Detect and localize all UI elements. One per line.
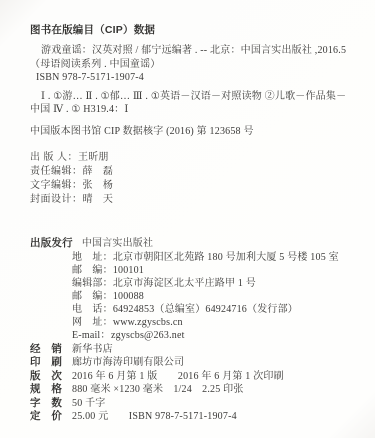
price-row: 定 价25.00 元 ISBN 978-7-5171-1907-4 [30, 410, 359, 424]
staff-label: 封面设计： [30, 194, 83, 205]
colophon-label: 定 价 [30, 410, 72, 424]
phone-row: 电 话：64924853（总编室）64924716（发行部） [72, 303, 359, 316]
detail-value: 北京市朝阳区北苑路 180 号加利大厦 5 号楼 105 室 [113, 252, 339, 263]
detail-value: 北京市海淀区北太平庄路甲 1 号 [113, 278, 256, 289]
publisher-details: 地 址：北京市朝阳区北苑路 180 号加利大厦 5 号楼 105 室 邮 编：1… [30, 251, 359, 342]
cip-description-block: 游戏童谣：汉英对照 / 郁宁远编著 . -- 北京：中国言实出版社 ,2016.… [30, 44, 359, 85]
colophon-label: 规 格 [30, 383, 72, 397]
colophon-value: 880 毫米 ×1230 毫米 1/24 2.25 印张 [72, 384, 244, 395]
detail-label: 地 址： [72, 251, 113, 264]
colophon-value: 廊坊市海涛印刷有限公司 [72, 357, 184, 368]
detail-value: 100088 [113, 291, 144, 302]
detail-value: zgyscbs@263.net [111, 330, 185, 341]
staff-label: 责任编辑： [30, 166, 83, 177]
staff-row-cover-design: 封面设计：晴 天 [30, 193, 359, 207]
staff-value: 张 杨 [83, 180, 114, 191]
staff-row-responsible-editor: 责任编辑：薛 磊 [30, 165, 359, 179]
colophon-block: 经 销新华书店 印 刷廊坊市海涛印刷有限公司 版 次2016 年 6 月第 1 … [30, 343, 359, 424]
publisher-head-row: 出版发行中国言实出版社 [30, 236, 359, 251]
editorial-dept-row: 编辑部：北京市海淀区北太平庄路甲 1 号 [72, 277, 359, 290]
distributor-row: 经 销新华书店 [30, 343, 359, 357]
wordcount-row: 字 数50 千字 [30, 397, 359, 411]
staff-row-text-editor: 文字编辑：张 杨 [30, 179, 359, 193]
detail-value: 100101 [113, 265, 144, 276]
publisher-label: 出版发行 [30, 237, 73, 249]
staff-value: 薛 磊 [83, 166, 114, 177]
colophon-value: 25.00 元 ISBN 978-7-5171-1907-4 [72, 411, 237, 422]
colophon-value: 2016 年 6 月第 1 版 2016 年 6 月第 1 次印刷 [72, 371, 284, 382]
cip-record-number: 中国版本图书馆 CIP 数据核字 (2016) 第 123658 号 [30, 125, 359, 138]
colophon-label: 字 数 [30, 397, 72, 411]
cip-title-line: 游戏童谣：汉英对照 / 郁宁远编著 . -- 北京：中国言实出版社 ,2016.… [30, 44, 359, 58]
cip-header: 图书在版编目（CIP）数据 [30, 24, 359, 37]
staff-label: 文字编辑： [30, 180, 83, 191]
cip-series-line: （母语阅读系列 . 中国童谣） [30, 58, 359, 72]
detail-label: E-mail： [72, 329, 111, 342]
publisher-address-row: 地 址：北京市朝阳区北苑路 180 号加利大厦 5 号楼 105 室 [72, 251, 359, 264]
cip-class-line1: Ⅰ . ①游… Ⅱ . ①郁… Ⅲ . ①英语－汉语－对照读物 ②儿歌－作品集－ [30, 90, 359, 104]
staff-label: 出 版 人： [30, 152, 78, 163]
website-row: 网 址：www.zgyscbs.cn [72, 316, 359, 329]
format-row: 规 格880 毫米 ×1230 毫米 1/24 2.25 印张 [30, 383, 359, 397]
detail-value: 64924853（总编室）64924716（发行部） [113, 304, 298, 315]
publisher-name: 中国言实出版社 [82, 238, 153, 249]
copyright-page: 图书在版编目（CIP）数据 游戏童谣：汉英对照 / 郁宁远编著 . -- 北京：… [0, 0, 375, 438]
detail-label: 网 址： [72, 316, 113, 329]
cip-isbn-line: ISBN 978-7-5171-1907-4 [30, 71, 359, 85]
staff-value: 晴 天 [83, 194, 114, 205]
cip-class-line2: 中国 Ⅳ . ① H319.4：Ⅰ [30, 103, 359, 117]
staff-row-publisher-person: 出 版 人：王昕朋 [30, 151, 359, 165]
colophon-value: 新华书店 [72, 344, 113, 355]
colophon-label: 版 次 [30, 370, 72, 384]
detail-value: www.zgyscbs.cn [113, 317, 183, 328]
publisher-zipcode-row: 邮 编：100101 [72, 264, 359, 277]
email-row: E-mail：zgyscbs@263.net [72, 329, 359, 342]
cip-classification-block: Ⅰ . ①游… Ⅱ . ①郁… Ⅲ . ①英语－汉语－对照读物 ②儿歌－作品集－… [30, 90, 359, 117]
printer-row: 印 刷廊坊市海涛印刷有限公司 [30, 356, 359, 370]
edition-row: 版 次2016 年 6 月第 1 版 2016 年 6 月第 1 次印刷 [30, 370, 359, 384]
colophon-value: 50 千字 [72, 398, 106, 409]
colophon-label: 印 刷 [30, 356, 72, 370]
staff-block: 出 版 人：王昕朋 责任编辑：薛 磊 文字编辑：张 杨 封面设计：晴 天 [30, 151, 359, 207]
editorial-zipcode-row: 邮 编：100088 [72, 290, 359, 303]
detail-label: 邮 编： [72, 264, 113, 277]
detail-label: 电 话： [72, 303, 113, 316]
colophon-label: 经 销 [30, 343, 72, 357]
publisher-block: 出版发行中国言实出版社 地 址：北京市朝阳区北苑路 180 号加利大厦 5 号楼… [30, 236, 359, 342]
staff-value: 王昕朋 [78, 152, 109, 163]
detail-label: 编辑部： [72, 277, 113, 290]
detail-label: 邮 编： [72, 290, 113, 303]
